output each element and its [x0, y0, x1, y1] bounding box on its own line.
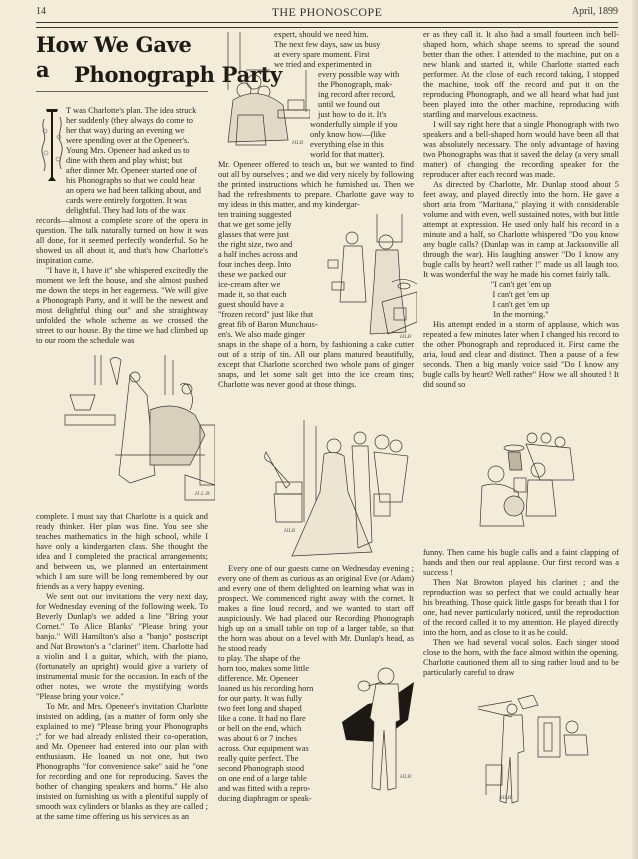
text-line: horn too, makes some little: [218, 664, 320, 674]
illustration-guests-at-phonograph: HLB: [262, 412, 422, 560]
text-line: to play. The shape of the: [218, 654, 320, 664]
text-line: loaned us his recording horn: [218, 684, 320, 694]
verse-line: I can't get 'em up: [423, 300, 619, 310]
text-line: her that way) during an evening we: [66, 126, 208, 136]
text-line: ice-cream after we: [218, 280, 318, 290]
text-line: really quite perfect. The: [218, 754, 320, 764]
text-line: for our party. It was fully: [218, 694, 320, 704]
text-line: wonderfully simple if you: [310, 120, 414, 130]
wrap-lines-1a: expert, should we need him. The next few…: [274, 30, 414, 70]
paragraph: I will say right here that a single Phon…: [423, 120, 619, 180]
text-line: at every spare moment. First: [274, 50, 414, 60]
paragraph: To Mr. and Mrs. Openeer's invitation Cha…: [36, 702, 208, 822]
paragraph: Then we had several vocal solos. Each si…: [423, 638, 619, 678]
paragraph: As directed by Charlotte, Mr. Dunlap sto…: [423, 180, 619, 280]
paragraph: We sent out our invitations the very nex…: [36, 592, 208, 702]
text-line: the Phonograph, mak-: [318, 80, 414, 90]
column-1: T was Charlotte's plan. The idea struck …: [36, 106, 208, 346]
text-line: T was Charlotte's plan. The idea struck: [66, 106, 208, 116]
svg-text:H.L.B.: H.L.B.: [194, 491, 212, 497]
text-line: ten training suggested: [218, 210, 318, 220]
column-3-lower: funny. Then came his bugle calls and a f…: [423, 548, 619, 678]
text-line: made it, so that each: [218, 290, 318, 300]
text-line: two feet long and shaped: [218, 704, 320, 714]
text-line: an opera we had been talking about, and: [66, 186, 208, 196]
paragraph: Mr. Openeer offered to teach us, but we …: [218, 160, 414, 210]
paragraph: records—almost a complete score of the o…: [36, 216, 208, 266]
text-line: dine with them and play whist; but: [66, 156, 208, 166]
issue-date: April, 1899: [572, 6, 618, 17]
text-line: after dinner Mr. Openeer started one of: [66, 166, 208, 176]
text-line: four inches deep. Into: [218, 260, 318, 270]
text-line: ing record after record,: [318, 90, 414, 100]
illustration-cornet-player: HLB: [338, 660, 418, 800]
paragraph: snaps in the shape of a horn, by fashion…: [218, 340, 414, 390]
column-1-lower: complete. I must say that Charlotte is a…: [36, 512, 208, 822]
running-header: 14 THE PHONOSCOPE April, 1899: [36, 4, 618, 20]
paragraph: funny. Then came his bugle calls and a f…: [423, 548, 619, 578]
text-line: cards were entirely forgotten. It was: [66, 196, 208, 206]
text-line: were spending over at the Openeer's.: [66, 136, 208, 146]
paragraph: "I have it, I have it" she whispered exc…: [36, 266, 208, 346]
text-line: his Phonographs so that we could hear: [66, 176, 208, 186]
wrap-lines-2a: ten training suggested that we get some …: [218, 210, 318, 310]
illustration-singer-at-horn: HLB: [478, 695, 598, 810]
publication-title: THE PHONOSCOPE: [36, 5, 618, 20]
text-line: glasses that were just: [218, 230, 318, 240]
title-rule: [36, 91, 208, 92]
text-line: guest should have a: [218, 300, 318, 310]
verse-line: In the morning.": [423, 310, 619, 320]
header-rule: [36, 22, 618, 28]
paragraph: er as they call it. It also had a small …: [423, 30, 619, 120]
text-line: and was fitted with a repro-: [218, 784, 320, 794]
illustration-kitchen-ice-cream: HLB: [322, 212, 417, 344]
text-line: on one end of a large table: [218, 774, 320, 784]
text-line: these we packed our: [218, 270, 318, 280]
text-line: was about 6 or 7 inches: [218, 734, 320, 744]
paragraph: Then Nat Browton played his clarinet ; a…: [423, 578, 619, 638]
dropcap-wrapped-lines: T was Charlotte's plan. The idea struck …: [66, 106, 208, 216]
svg-text:HLB: HLB: [399, 334, 412, 340]
text-line: Young Mrs. Openeer had asked us to: [66, 146, 208, 156]
text-line: or bell on the end, which: [218, 724, 320, 734]
paragraph: Every one of our guests came on Wednesda…: [218, 564, 414, 654]
text-line: difference. Mr. Openeer: [218, 674, 320, 684]
svg-text:HLB: HLB: [499, 795, 512, 801]
illustration-listeners-group: [470, 430, 590, 540]
text-line: until we found out: [318, 100, 414, 110]
paragraph: His attempt ended in a storm of applause…: [423, 320, 619, 390]
text-line: across. Our equipment was: [218, 744, 320, 754]
page-edge: [632, 0, 638, 859]
text-line: The next few days, saw us busy: [274, 40, 414, 50]
text-line: that we get some jelly: [218, 220, 318, 230]
column-3: er as they call it. It also had a small …: [423, 30, 619, 390]
illustration-parlor-scene: H.L.B.: [55, 355, 215, 503]
text-line: everything else in this: [310, 140, 414, 150]
text-line: ducing diaphragm or speak-: [218, 794, 320, 804]
text-line: like a cone. It had no flare: [218, 714, 320, 724]
wrap-lines-3: to play. The shape of the horn too, make…: [218, 654, 320, 804]
svg-text:HLB: HLB: [399, 774, 412, 780]
text-line: every possible way with: [318, 70, 414, 80]
text-line: a half inches across and: [218, 250, 318, 260]
text-line: second Phonograph stood: [218, 764, 320, 774]
text-line: we tried and experimented in: [274, 60, 414, 70]
verse-line: "I can't get 'em up: [423, 280, 619, 290]
text-line: delightful. They had lots of the wax: [66, 206, 208, 216]
text-line: her suddenly (they always do come to: [66, 116, 208, 126]
text-line: the right size, two and: [218, 240, 318, 250]
text-line: just how to do it. It's: [318, 110, 414, 120]
text-line: expert, should we need him.: [274, 30, 414, 40]
svg-text:HLB: HLB: [283, 528, 296, 534]
text-line: world for that matter).: [310, 150, 414, 160]
text-line: only know how—(like: [310, 130, 414, 140]
wrap-lines-1b: every possible way with the Phonograph, …: [318, 70, 414, 120]
wrap-lines-1c: wonderfully simple if you only know how—…: [310, 120, 414, 160]
verse-line: I can't get 'em up: [423, 290, 619, 300]
bugle-call-verse: "I can't get 'em up I can't get 'em up I…: [423, 280, 619, 320]
paragraph: complete. I must say that Charlotte is a…: [36, 512, 208, 592]
